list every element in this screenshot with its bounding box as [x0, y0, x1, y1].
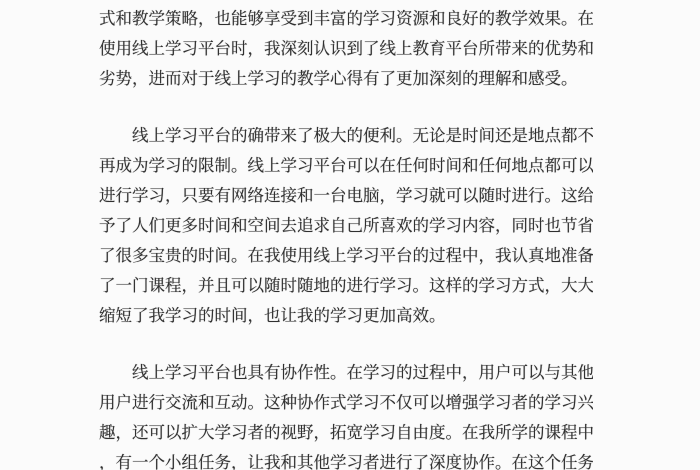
- text-line: ，有一个小组任务，让我和其他学习者进行了深度协作。在这个任务: [99, 448, 593, 470]
- text-line: 式和教学策略，也能够享受到丰富的学习资源和良好的教学效果。在: [99, 4, 593, 34]
- text-line: 缩短了我学习的时间，也让我的学习更加高效。: [99, 301, 593, 331]
- paragraph-2: 线上学习平台的确带来了极大的便利。无论是时间还是地点都不 再成为学习的限制。线上…: [99, 121, 593, 331]
- text-line: 了很多宝贵的时间。在我使用线上学习平台的过程中，我认真地准备: [99, 241, 593, 271]
- text-line: 再成为学习的限制。线上学习平台可以在任何时间和任何地点都可以: [99, 151, 593, 181]
- text-line: 使用线上学习平台时，我深刻认识到了线上教育平台所带来的优势和: [99, 34, 593, 64]
- text-line: 了一门课程，并且可以随时随地的进行学习。这样的学习方式，大大: [99, 271, 593, 301]
- text-line: 予了人们更多时间和空间去追求自己所喜欢的学习内容，同时也节省: [99, 211, 593, 241]
- text-line: 劣势，进而对于线上学习的教学心得有了更加深刻的理解和感受。: [99, 64, 593, 94]
- document-text-block: 式和教学策略，也能够享受到丰富的学习资源和良好的教学效果。在 使用线上学习平台时…: [99, 4, 593, 470]
- text-line: 进行学习，只要有网络连接和一台电脑，学习就可以随时进行。这给: [99, 181, 593, 211]
- text-line: 趣，还可以扩大学习者的视野，拓宽学习自由度。在我所学的课程中: [99, 418, 593, 448]
- text-line: 线上学习平台的确带来了极大的便利。无论是时间还是地点都不: [99, 121, 593, 151]
- paragraph-3: 线上学习平台也具有协作性。在学习的过程中，用户可以与其他 用户进行交流和互动。这…: [99, 358, 593, 470]
- document-page: 式和教学策略，也能够享受到丰富的学习资源和良好的教学效果。在 使用线上学习平台时…: [0, 0, 700, 470]
- paragraph-1: 式和教学策略，也能够享受到丰富的学习资源和良好的教学效果。在 使用线上学习平台时…: [99, 4, 593, 94]
- text-line: 用户进行交流和互动。这种协作式学习不仅可以增强学习者的学习兴: [99, 388, 593, 418]
- text-line: 线上学习平台也具有协作性。在学习的过程中，用户可以与其他: [99, 358, 593, 388]
